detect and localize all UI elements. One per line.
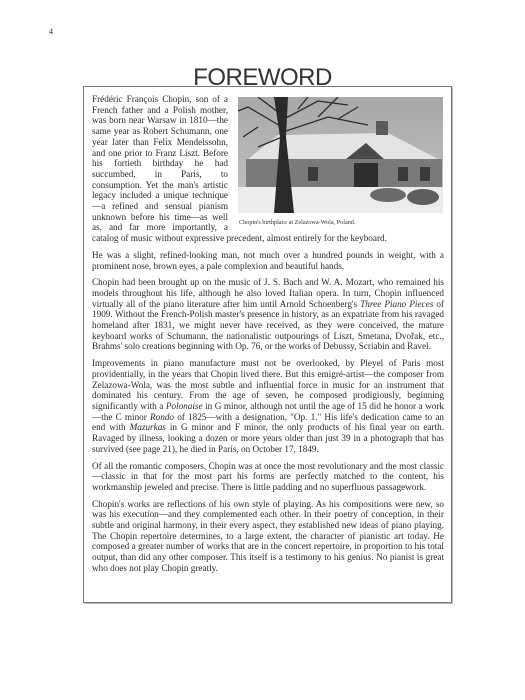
paragraph-6: Chopin's works are reflections of his ow… [92, 499, 444, 574]
italic-title: Polonaise [166, 401, 203, 411]
text-run: Chopin's works are reflections of his ow… [92, 499, 444, 573]
page-number: 4 [49, 27, 53, 36]
text-run: Of all the romantic composers, Chopin wa… [92, 461, 444, 492]
paragraph-4: Improvements in piano manufacture must n… [92, 358, 444, 454]
paragraph-3: Chopin had been brought up on the music … [92, 277, 444, 352]
italic-title: Three Piano Pieces [360, 299, 433, 309]
italic-title: Mazurkas [130, 422, 166, 432]
paragraph-5: Of all the romantic composers, Chopin wa… [92, 461, 444, 493]
foreword-box: Chopin's birthplace at Zelazowa-Wola, Po… [83, 86, 452, 603]
text-run: He was a slight, refined-looking man, no… [92, 250, 444, 271]
figure-spacer [228, 94, 444, 233]
foreword-text: Frédéric François Chopin, son of a Frenc… [92, 94, 444, 580]
italic-title: Rondo [150, 412, 174, 422]
paragraph-2: He was a slight, refined-looking man, no… [92, 250, 444, 271]
